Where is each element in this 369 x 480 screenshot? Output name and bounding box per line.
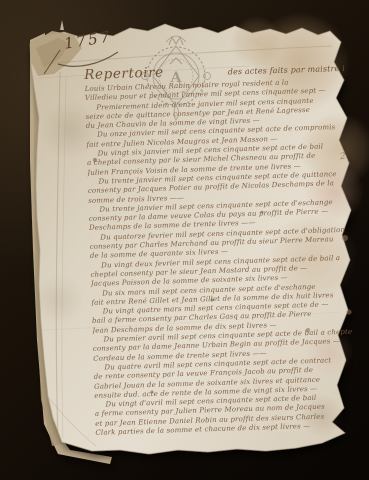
manuscript-text: Repertoiredes actes faits par maistre Et… <box>84 59 356 442</box>
repertoire-heading: Repertoire <box>84 65 164 83</box>
photo-background: A 1757 2 Repertoiredes actes faits par m… <box>0 0 369 480</box>
title-continuation: des actes faits par maistre Etienne <box>228 63 356 77</box>
stamp-gap-spacer <box>164 74 228 76</box>
